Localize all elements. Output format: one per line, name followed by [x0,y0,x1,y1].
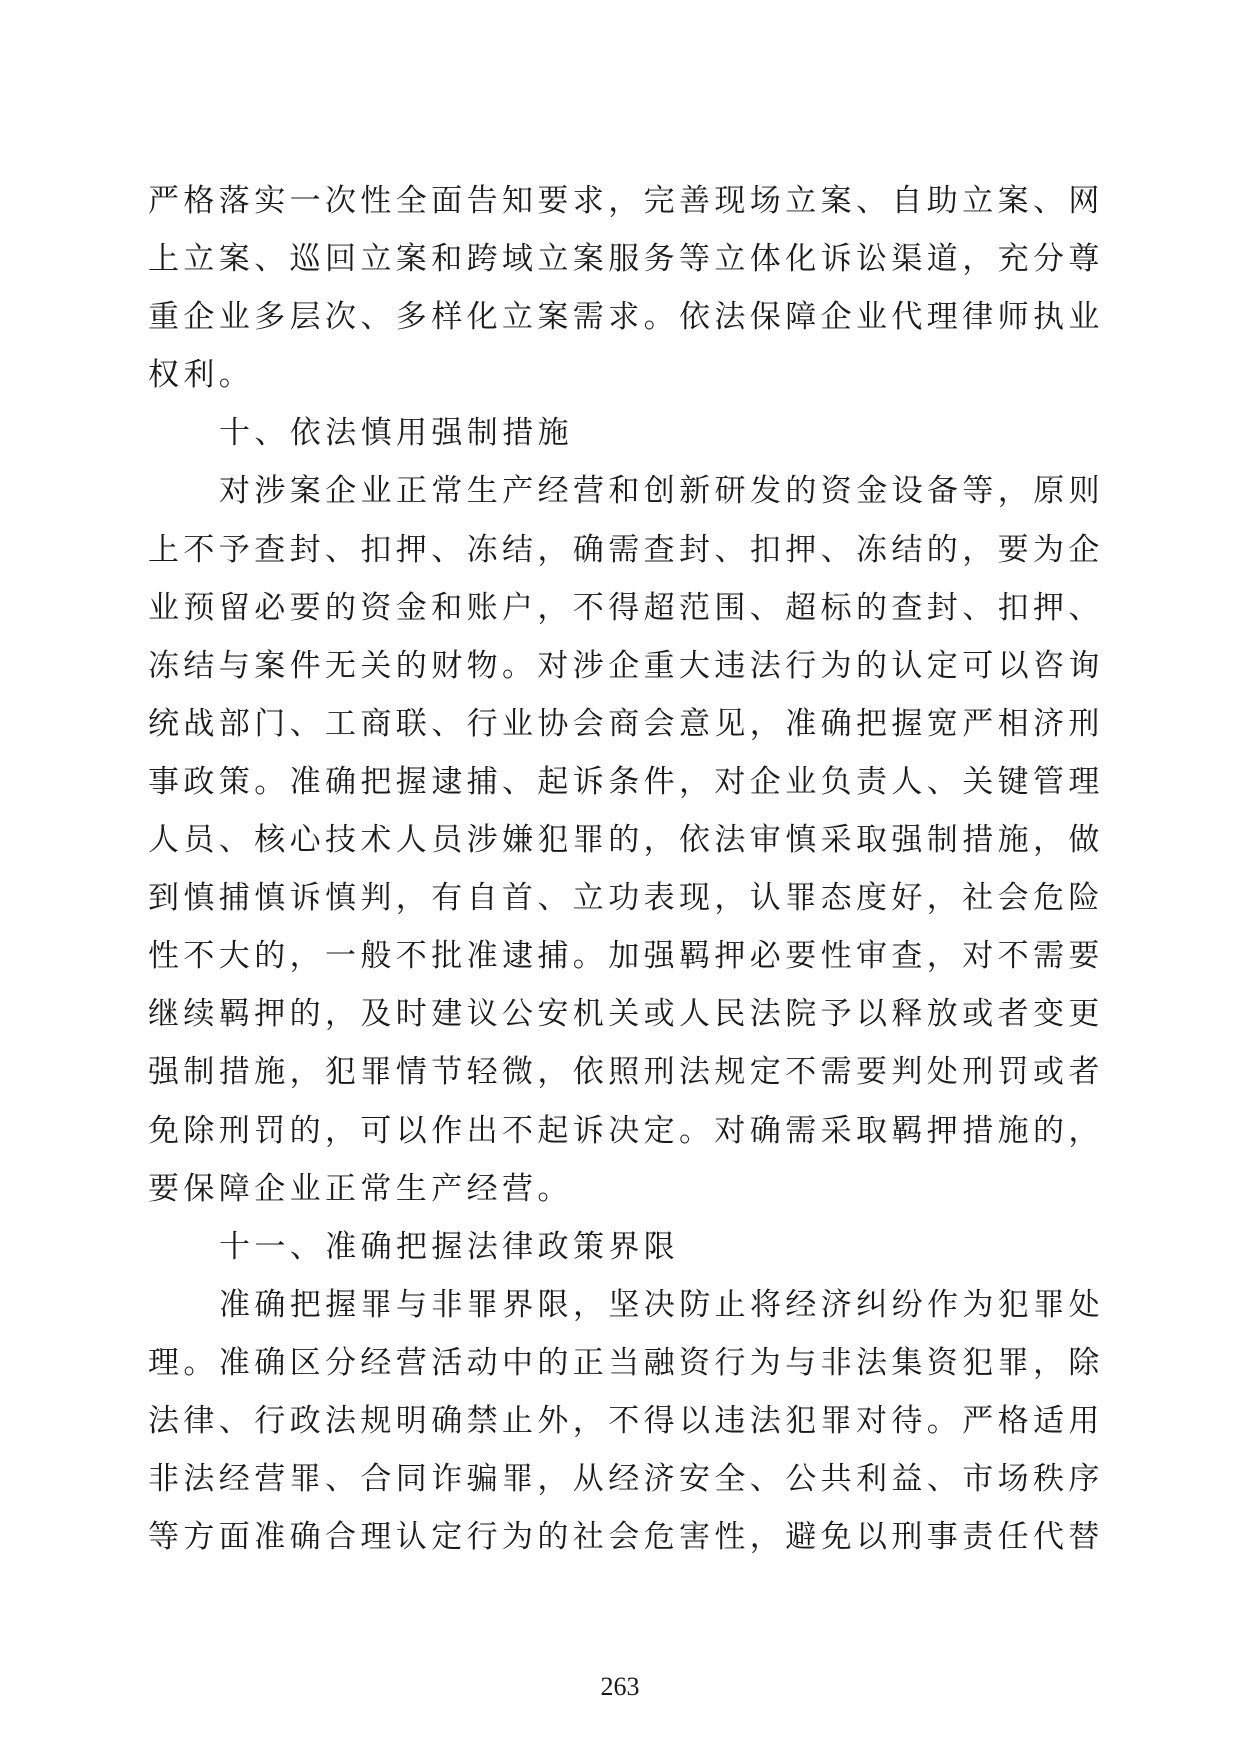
text-line: 严格落实一次性全面告知要求，完善现场立案、自助立案、网 [148,172,1078,230]
text-line: 理。准确区分经营活动中的正当融资行为与非法集资犯罪，除 [148,1334,1078,1392]
text-line: 重企业多层次、多样化立案需求。依法保障企业代理律师执业 [148,288,1078,346]
section-heading-10: 十、依法慎用强制措施 [148,404,1078,462]
text-line: 人员、核心技术人员涉嫌犯罪的，依法审慎采取强制措施，做 [148,811,1078,869]
text-line: 事政策。准确把握逮捕、起诉条件，对企业负责人、关键管理 [148,753,1078,811]
text-line: 权利。 [148,346,1078,404]
document-page: 严格落实一次性全面告知要求，完善现场立案、自助立案、网 上立案、巡回立案和跨域立… [0,0,1240,1754]
body-text: 严格落实一次性全面告知要求，完善现场立案、自助立案、网 上立案、巡回立案和跨域立… [148,172,1078,1566]
page-number: 263 [0,1672,1240,1702]
text-line: 等方面准确合理认定行为的社会危害性，避免以刑事责任代替 [148,1508,1078,1566]
section-heading-11: 十一、准确把握法律政策界限 [148,1218,1078,1276]
text-line: 统战部门、工商联、行业协会商会意见，准确把握宽严相济刑 [148,695,1078,753]
text-line: 上立案、巡回立案和跨域立案服务等立体化诉讼渠道，充分尊 [148,230,1078,288]
text-line: 免除刑罚的，可以作出不起诉决定。对确需采取羁押措施的， [148,1102,1078,1160]
text-line: 要保障企业正常生产经营。 [148,1160,1078,1218]
text-line: 法律、行政法规明确禁止外，不得以违法犯罪对待。严格适用 [148,1392,1078,1450]
text-line: 到慎捕慎诉慎判，有自首、立功表现，认罪态度好，社会危险 [148,869,1078,927]
text-line: 业预留必要的资金和账户，不得超范围、超标的查封、扣押、 [148,579,1078,637]
text-line: 对涉案企业正常生产经营和创新研发的资金设备等，原则 [148,462,1078,520]
text-line: 继续羁押的，及时建议公安机关或人民法院予以释放或者变更 [148,985,1078,1043]
text-line: 非法经营罪、合同诈骗罪，从经济安全、公共利益、市场秩序 [148,1450,1078,1508]
text-line: 冻结与案件无关的财物。对涉企重大违法行为的认定可以咨询 [148,637,1078,695]
text-line: 上不予查封、扣押、冻结，确需查封、扣押、冻结的，要为企 [148,521,1078,579]
text-line: 准确把握罪与非罪界限，坚决防止将经济纠纷作为犯罪处 [148,1276,1078,1334]
text-line: 性不大的，一般不批准逮捕。加强羁押必要性审查，对不需要 [148,927,1078,985]
text-line: 强制措施，犯罪情节轻微，依照刑法规定不需要判处刑罚或者 [148,1043,1078,1101]
